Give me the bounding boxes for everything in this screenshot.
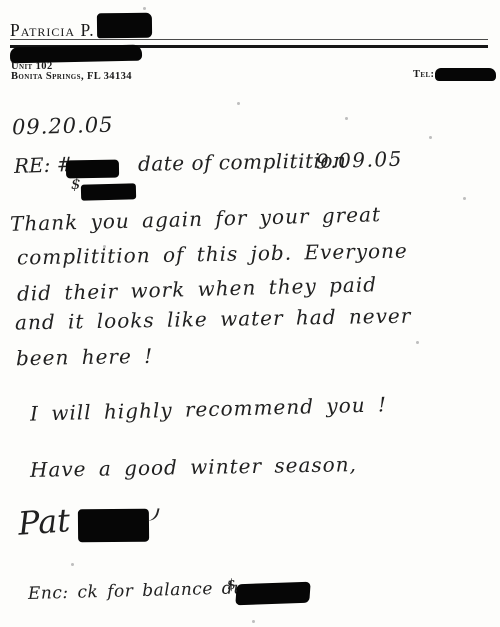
letterhead-name: Patricia P. <box>10 23 95 38</box>
redaction-balance-amount <box>235 582 310 606</box>
body-line-1: Thank you again for your great <box>10 204 381 234</box>
scan-speck <box>71 563 74 566</box>
recommendation-line: I will highly recommend you ! <box>30 394 387 423</box>
redaction-job-amount <box>81 183 136 200</box>
body-line-2: complitition of this job. Everyone <box>17 241 408 268</box>
redaction-last-name <box>97 13 152 39</box>
letterhead-city-line: Bonita Springs, FL 34134 <box>11 72 132 82</box>
scanned-letter-page: Patricia P. Unit 102 Bonita Springs, FL … <box>0 0 500 627</box>
closing-line: Have a good winter season, <box>30 454 357 480</box>
redaction-phone-number <box>435 68 496 81</box>
body-line-3: did their work when they paid <box>17 274 377 303</box>
enclosure-note: Enc: ck for balance due <box>28 580 256 603</box>
redaction-signature-last-name <box>78 509 149 543</box>
tel-label: Tel: <box>413 70 434 80</box>
re-amount-prefix: $ <box>71 177 81 192</box>
scan-speck <box>345 117 348 120</box>
signature-first-name: Pat <box>17 504 71 540</box>
letter-date: 09.20.05 <box>12 115 114 139</box>
letterhead-telephone: Tel: <box>413 68 496 81</box>
scan-speck <box>237 102 240 105</box>
scan-speck <box>103 245 106 248</box>
scan-speck <box>429 136 432 139</box>
re-line-completion-date: 9.09.05 <box>316 148 403 171</box>
scan-speck <box>416 341 419 344</box>
body-line-5: been here ! <box>16 346 154 368</box>
scan-speck <box>143 7 146 10</box>
re-line-prefix: RE: # <box>14 154 74 176</box>
signature-pen-tail <box>145 506 159 523</box>
scan-speck <box>463 197 466 200</box>
scan-speck <box>252 620 255 623</box>
body-line-4: and it looks like water had never <box>15 306 412 333</box>
